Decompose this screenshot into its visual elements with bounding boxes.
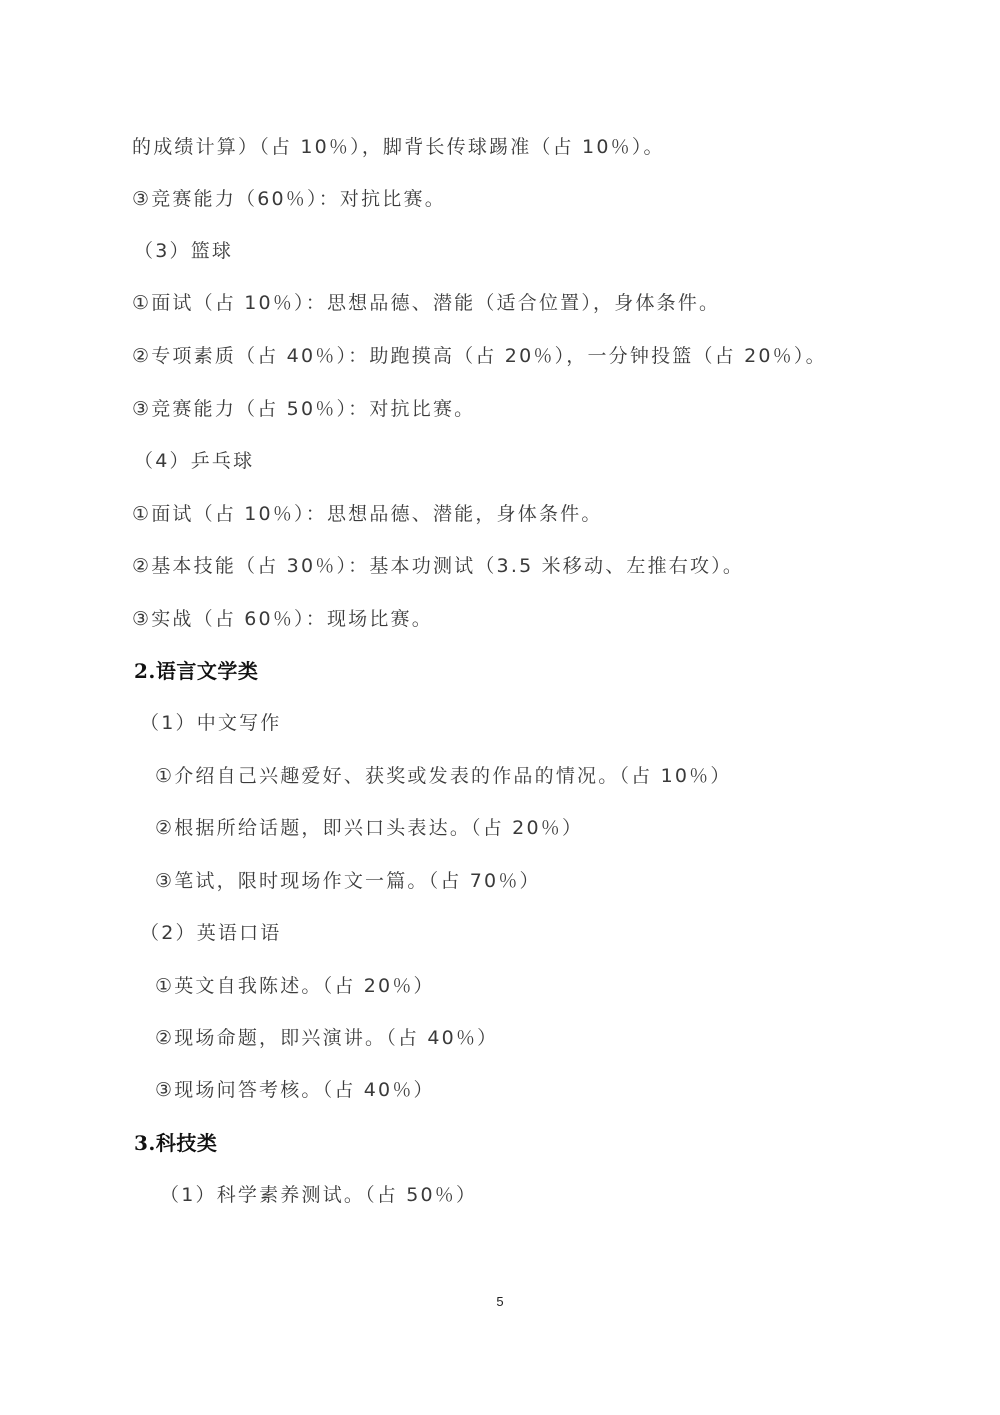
english-oral-item-3: ③现场问答考核。（占 40％） (155, 1078, 435, 1102)
science-literacy-item: （1）科学素养测试。（占 50％） (160, 1183, 477, 1207)
pingpong-title: （4）乒乓球 (134, 449, 254, 473)
football-continuation-line: 的成绩计算）（占 10％），脚背长传球踢准（占 10％）。 (132, 135, 665, 159)
page-number: 5 (0, 1294, 1000, 1309)
chinese-writing-title: （1）中文写作 (140, 711, 282, 735)
section-heading-language-literature: 2.语言文学类 (134, 659, 258, 683)
pingpong-item-1: ①面试（占 10％）：思想品德、潜能，身体条件。 (132, 502, 603, 526)
chinese-writing-item-1: ①介绍自己兴趣爱好、获奖或发表的作品的情况。（占 10％） (155, 764, 732, 788)
english-oral-item-1: ①英文自我陈述。（占 20％） (155, 974, 435, 998)
chinese-writing-item-2: ②根据所给话题，即兴口头表达。（占 20％） (155, 816, 583, 840)
basketball-item-3: ③竞赛能力（占 50％）：对抗比赛。 (132, 397, 475, 421)
basketball-item-2: ②专项素质（占 40％）：助跑摸高（占 20％），一分钟投篮（占 20％）。 (132, 344, 827, 368)
section-heading-science-tech: 3.科技类 (134, 1131, 217, 1155)
english-oral-title: （2）英语口语 (140, 921, 282, 945)
chinese-writing-item-3: ③笔试，限时现场作文一篇。（占 70％） (155, 869, 541, 893)
english-oral-item-2: ②现场命题，即兴演讲。（占 40％） (155, 1026, 498, 1050)
pingpong-item-3: ③实战（占 60％）：现场比赛。 (132, 607, 433, 631)
football-item-3: ③竞赛能力（60％）：对抗比赛。 (132, 187, 446, 211)
document-page: 的成绩计算）（占 10％），脚背长传球踢准（占 10％）。 ③竞赛能力（60％）… (0, 0, 1000, 1415)
basketball-title: （3）篮球 (134, 239, 233, 263)
basketball-item-1: ①面试（占 10％）：思想品德、潜能（适合位置），身体条件。 (132, 291, 720, 315)
pingpong-item-2: ②基本技能（占 30％）：基本功测试（3.5 米移动、左推右攻）。 (132, 554, 744, 578)
